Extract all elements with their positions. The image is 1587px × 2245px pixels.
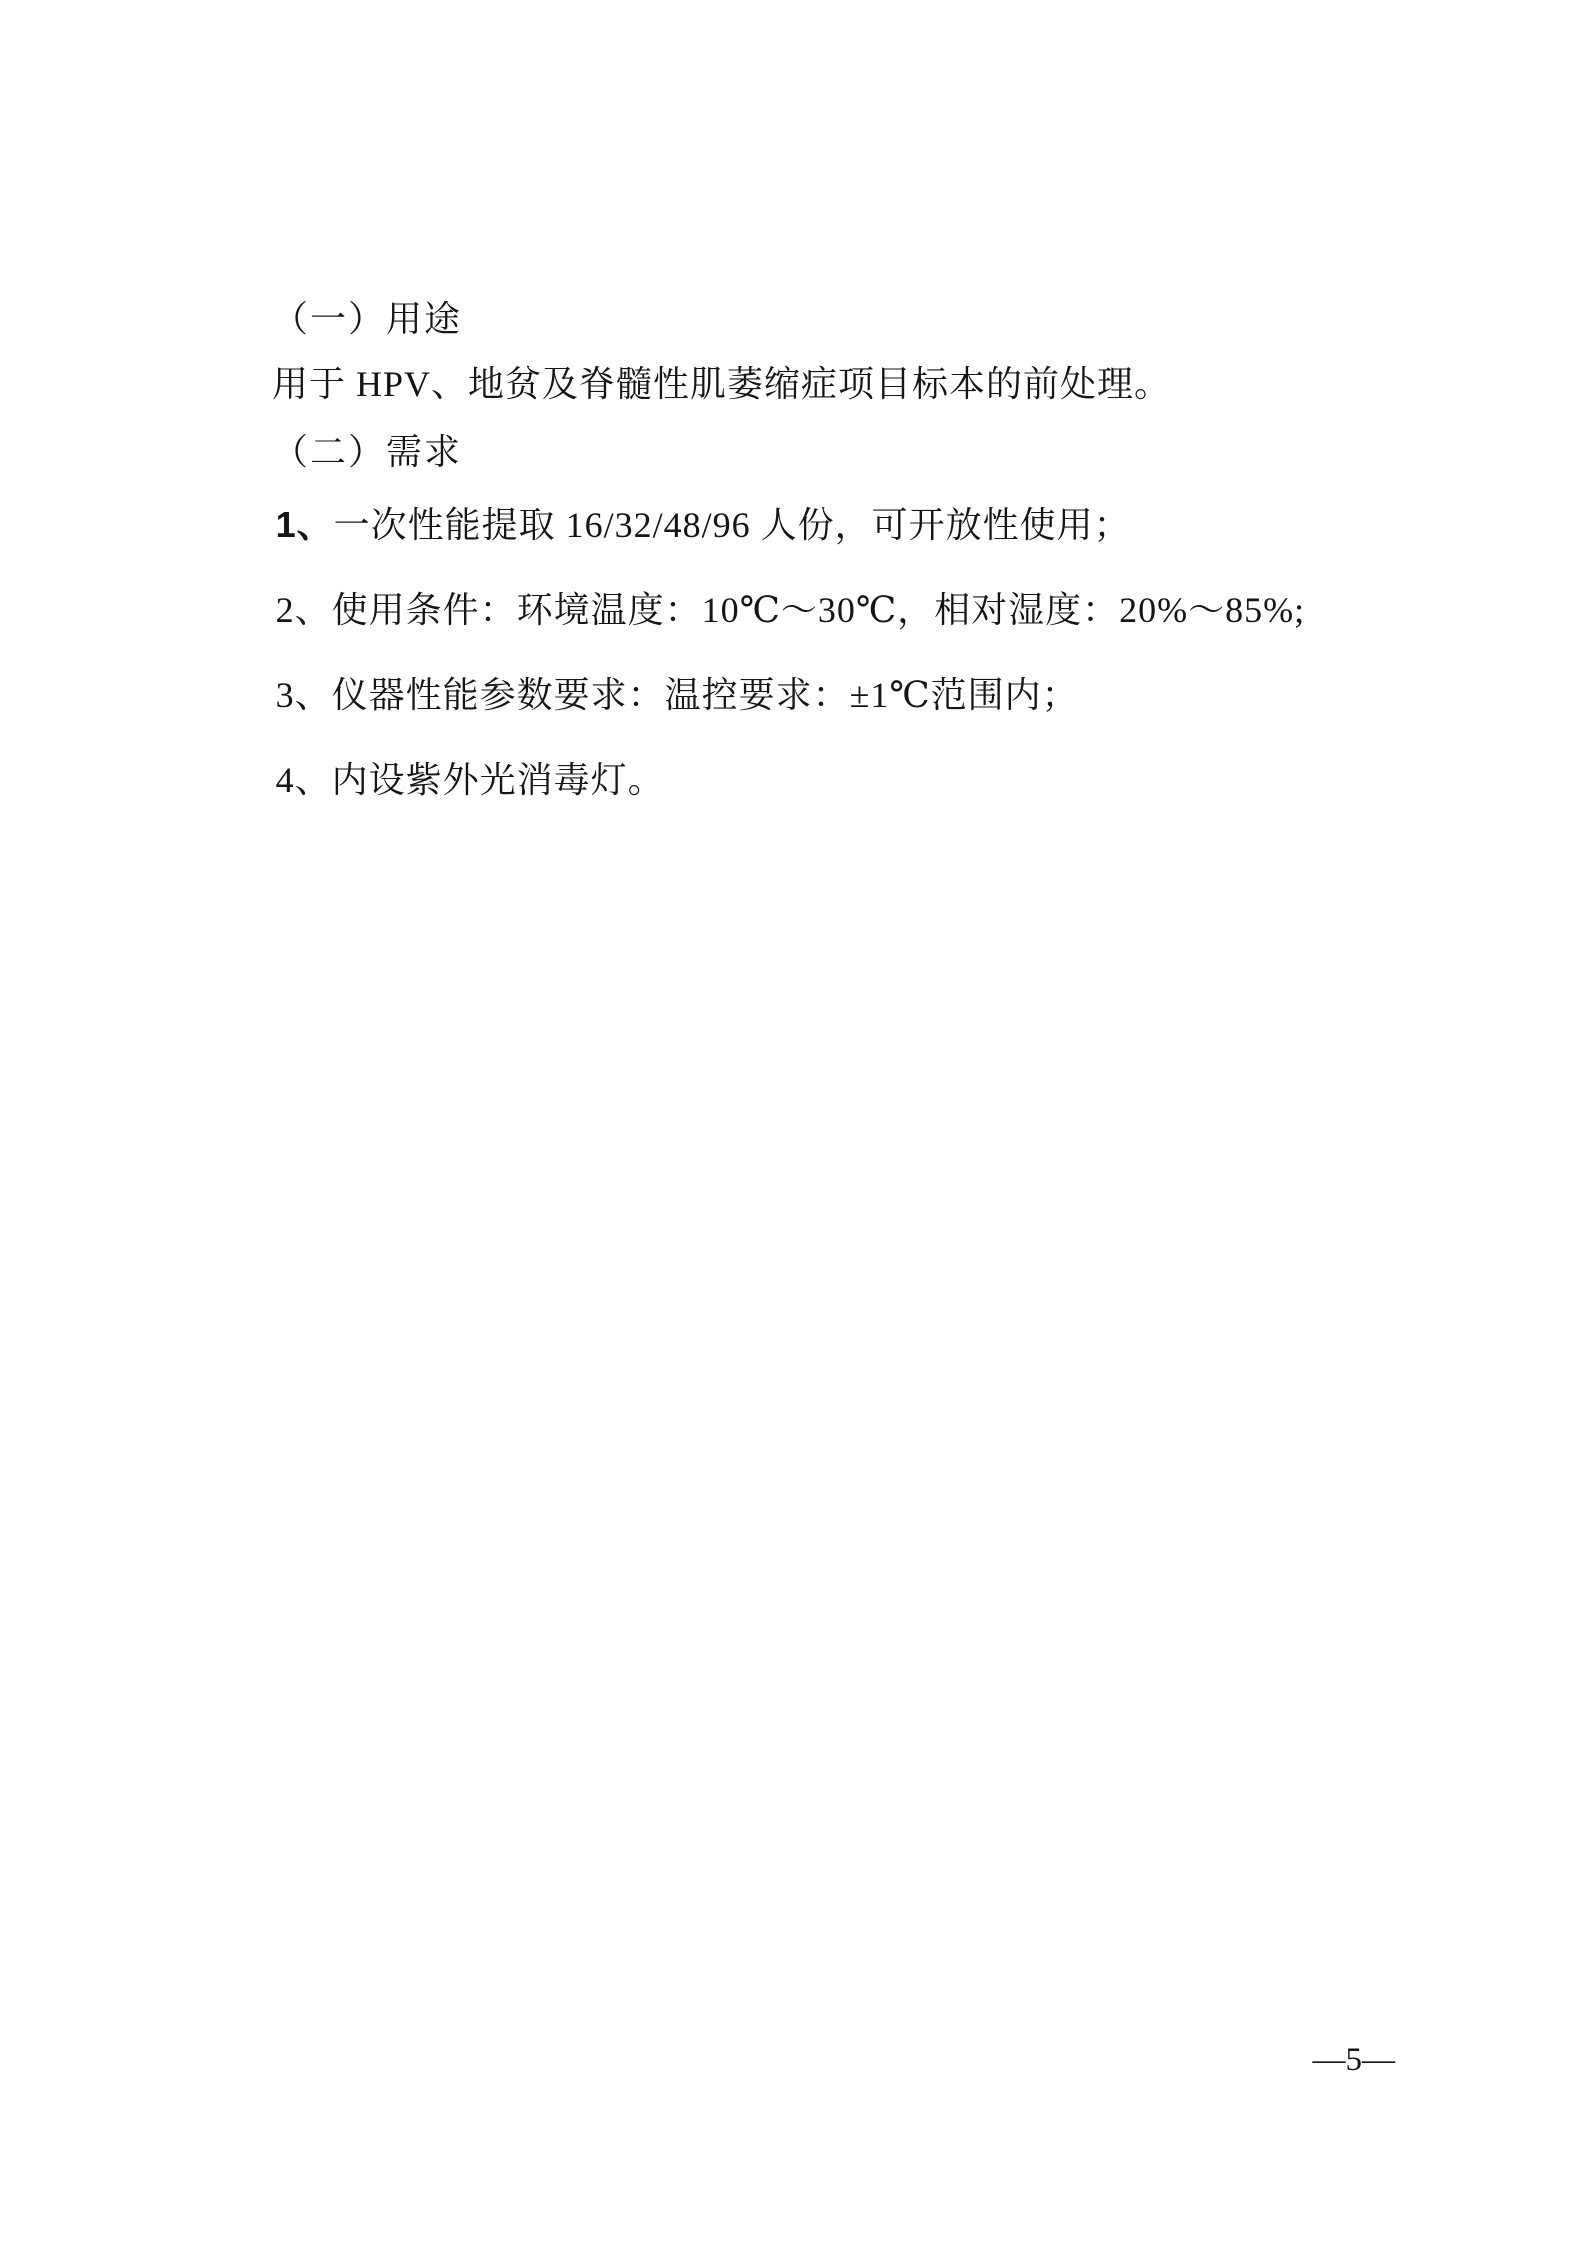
purpose-paragraph: 用于 HPV、地贫及脊髓性肌萎缩症项目标本的前处理。 [200,362,1392,406]
item-4-number: 4、 [276,760,332,800]
requirement-item-4: 4、内设紫外光消毒灯。 [200,758,1392,802]
section-heading-requirements: （二）需求 [200,430,1392,474]
document-page: （一）用途 用于 HPV、地贫及脊髓性肌萎缩症项目标本的前处理。 （二）需求 1… [0,0,1587,2245]
section-heading-purpose: （一）用途 [200,297,1392,341]
item-4-text: 内设紫外光消毒灯。 [332,760,665,800]
item-3-number: 3、 [276,675,332,715]
requirement-item-2: 2、使用条件：环境温度：10℃～30℃，相对湿度：20%～85%; [200,588,1392,632]
item-1-number: 1、 [276,504,334,545]
item-1-text: 一次性能提取 16/32/48/96 人份，可开放性使用； [334,505,1131,545]
requirement-item-1: 1、一次性能提取 16/32/48/96 人份，可开放性使用； [200,503,1392,547]
document-content: （一）用途 用于 HPV、地贫及脊髓性肌萎缩症项目标本的前处理。 （二）需求 1… [200,297,1392,802]
item-3-text: 仪器性能参数要求：温控要求：±1℃范围内； [332,675,1079,715]
item-2-number: 2、 [276,590,332,630]
requirement-item-3: 3、仪器性能参数要求：温控要求：±1℃范围内； [200,673,1392,717]
item-2-text: 使用条件：环境温度：10℃～30℃，相对湿度：20%～85%; [332,590,1306,630]
page-number: —5— [1313,2040,1396,2080]
